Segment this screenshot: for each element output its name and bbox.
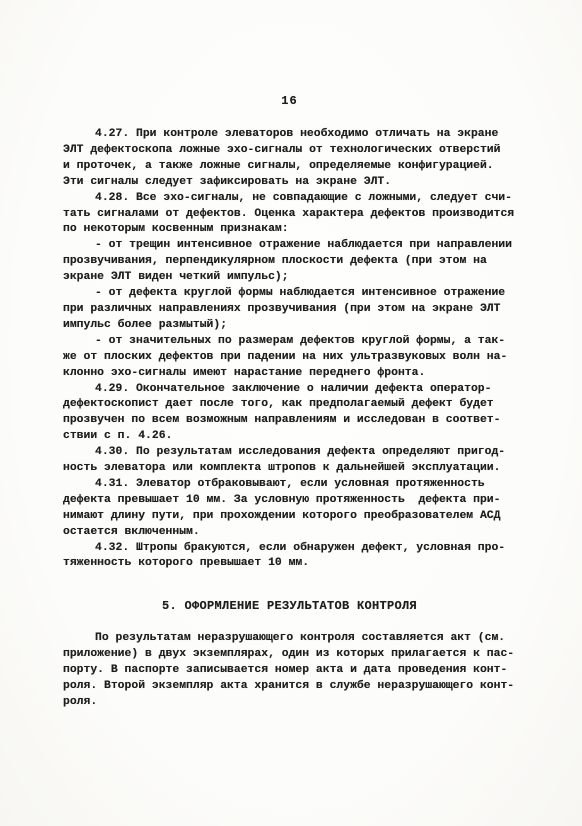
bullet-round-defect: - от дефекта круглой формы наблюдается и… (63, 286, 516, 334)
text-line: 4.29. Окончательное заключение о наличии… (63, 382, 516, 398)
text-line: - от значительных по размерам дефектов к… (63, 334, 516, 350)
text-line: дефектоскопист дает после того, как пред… (63, 397, 516, 413)
text-line: по некоторым косвенным признакам: (63, 222, 516, 238)
scanned-page: 16 4.27. При контроле элеваторов необход… (0, 0, 582, 826)
text-line: нимают длину пути, при прохождении котор… (63, 509, 516, 525)
bullet-large-defects: - от значительных по размерам дефектов к… (63, 334, 516, 382)
paragraph-4-30: 4.30. По результатам исследования дефект… (63, 445, 516, 477)
text-line: 4.28. Все эхо-сигналы, не совпадающие с … (63, 191, 516, 207)
text-line: Эти сигналы следует зафиксировать на экр… (63, 175, 516, 191)
text-line: прозвучивания, перпендикулярном плоскост… (63, 254, 516, 270)
text-line: ствии с п. 4.26. (63, 429, 516, 445)
text-line: и проточек, а также ложные сигналы, опре… (63, 159, 516, 175)
text-line: 4.27. При контроле элеваторов необходимо… (63, 127, 516, 143)
text-line: тать сигналами от дефектов. Оценка харак… (63, 207, 516, 223)
text-line: тяженность которого превышает 10 мм. (63, 556, 516, 572)
text-line: при различных направлениях прозвучивания… (63, 302, 516, 318)
page-body: 4.27. При контроле элеваторов необходимо… (63, 127, 516, 711)
text-line: 4.32. Штропы бракуются, если обнаружен д… (63, 541, 516, 557)
section-5-heading: 5. ОФОРМЛЕНИЕ РЕЗУЛЬТАТОВ КОНТРОЛЯ (63, 598, 516, 614)
text-line: приложение) в двух экземплярах, один из … (63, 647, 516, 663)
text-line: роля. (63, 695, 516, 711)
paragraph-4-28: 4.28. Все эхо-сигналы, не совпадающие с … (63, 191, 516, 239)
text-line: - от дефекта круглой формы наблюдается и… (63, 286, 516, 302)
bullet-crack-reflection: - от трещин интенсивное отражение наблюд… (63, 238, 516, 286)
text-line: ность элеватора или комплекта штропов к … (63, 461, 516, 477)
text-line: экране ЭЛТ виден четкий импульс); (63, 270, 516, 286)
text-line: прозвучен по всем возможным направлениям… (63, 413, 516, 429)
text-line: По результатам неразрушающего контроля с… (63, 631, 516, 647)
paragraph-results-act: По результатам неразрушающего контроля с… (63, 631, 516, 711)
text-line: - от трещин интенсивное отражение наблюд… (63, 238, 516, 254)
paragraph-4-29: 4.29. Окончательное заключение о наличии… (63, 382, 516, 446)
page-number: 16 (63, 94, 516, 108)
paragraph-4-32: 4.32. Штропы бракуются, если обнаружен д… (63, 541, 516, 573)
text-line: 4.30. По результатам исследования дефект… (63, 445, 516, 461)
text-line: остается включенным. (63, 525, 516, 541)
text-line: ЭЛТ дефектоскопа ложные эхо-сигналы от т… (63, 143, 516, 159)
text-line: дефекта превышает 10 мм. За условную про… (63, 493, 516, 509)
text-line: порту. В паспорте записывается номер акт… (63, 663, 516, 679)
paragraph-4-27: 4.27. При контроле элеваторов необходимо… (63, 127, 516, 191)
text-line: роля. Второй экземпляр акта хранится в с… (63, 679, 516, 695)
text-line: же от плоских дефектов при падении на ни… (63, 350, 516, 366)
paragraph-4-31: 4.31. Элеватор отбраковывают, если услов… (63, 477, 516, 541)
text-line: 4.31. Элеватор отбраковывают, если услов… (63, 477, 516, 493)
text-line: импульс более размытый); (63, 318, 516, 334)
text-line: клонно эхо-сигналы имеют нарастание пере… (63, 366, 516, 382)
